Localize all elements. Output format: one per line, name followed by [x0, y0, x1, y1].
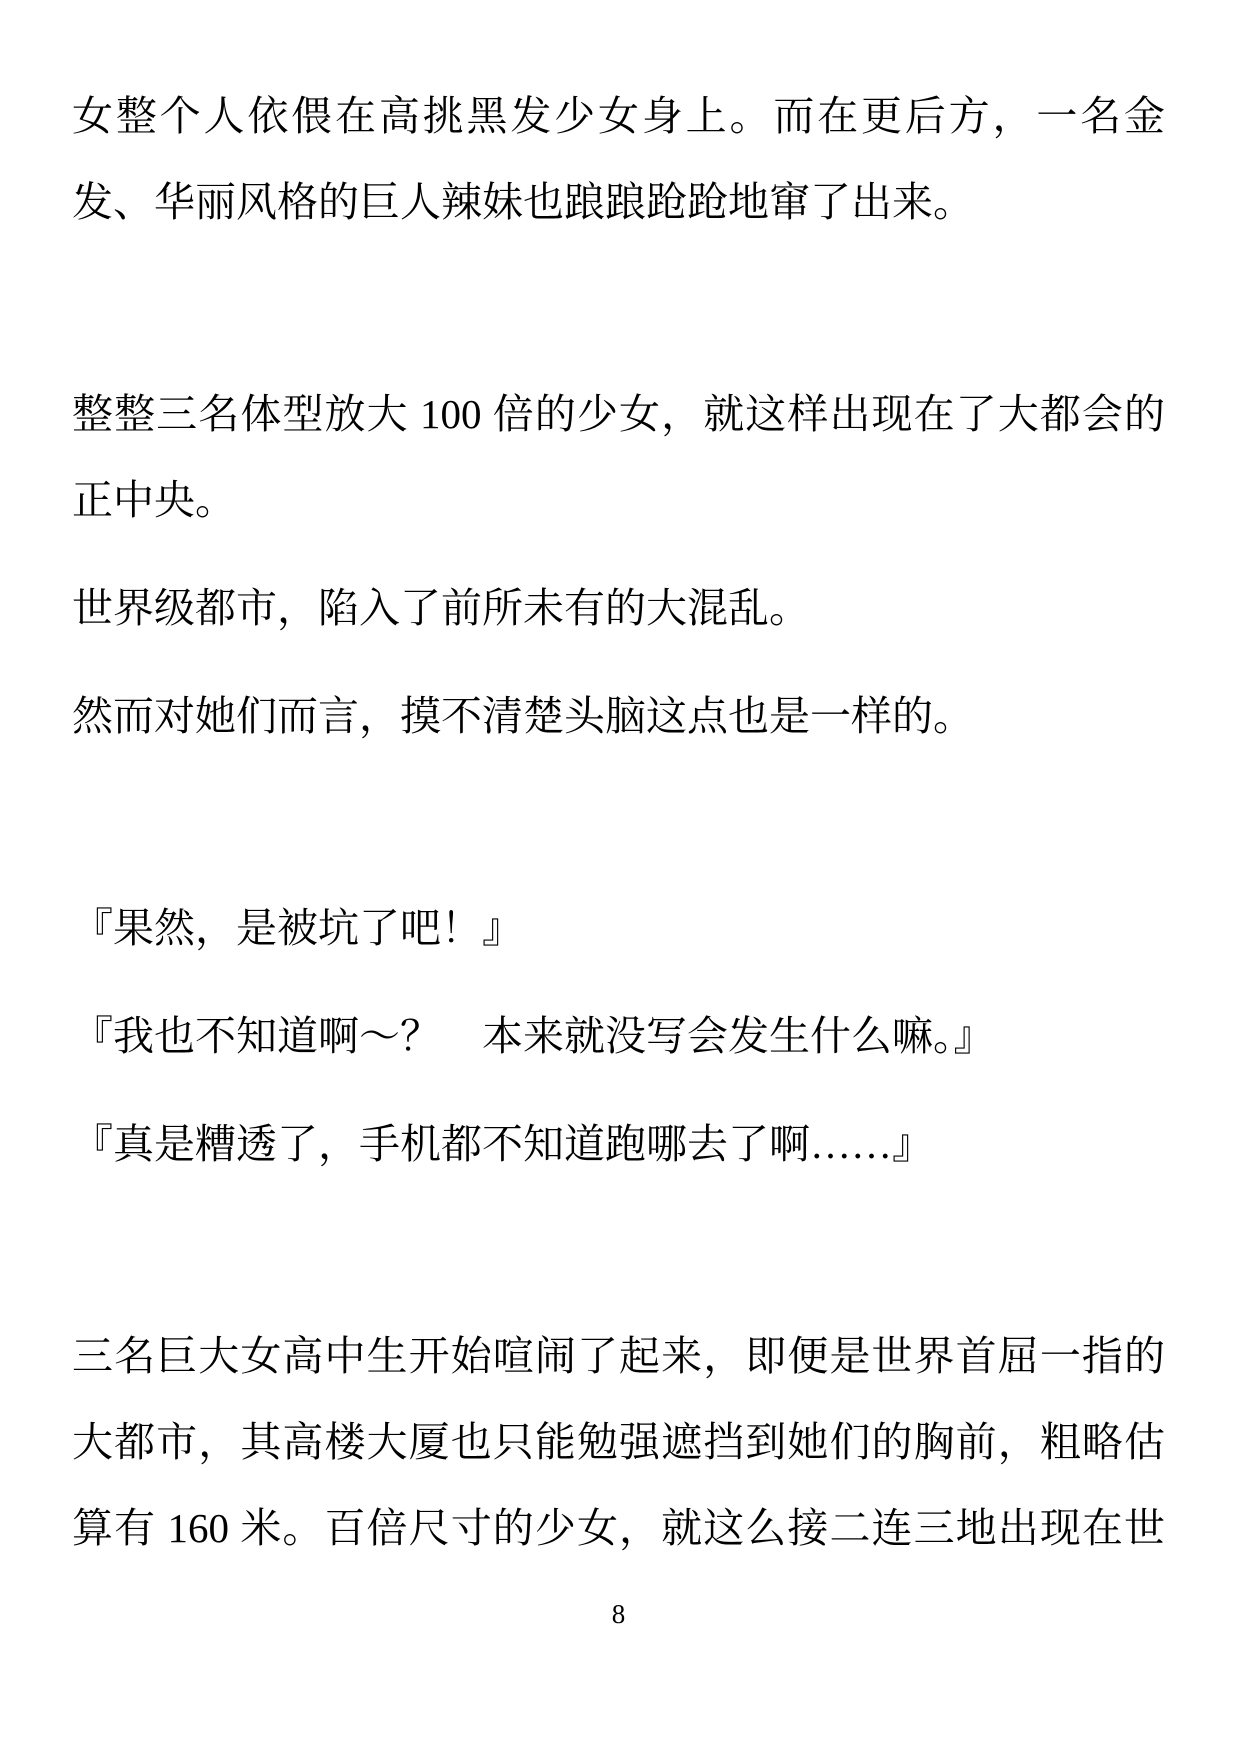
text-line: 发、华丽风格的巨人辣妹也踉踉跄跄地窜了出来。 — [72, 159, 1165, 245]
text-line: 女整个人依偎在高挑黑发少女身上。而在更后方，一名金 — [72, 73, 1165, 159]
paragraph-5-dialogue: 『果然，是被坑了吧！』 — [72, 885, 1165, 971]
paragraph-4: 然而对她们而言，摸不清楚头脑这点也是一样的。 — [72, 673, 1165, 759]
document-page: 女整个人依偎在高挑黑发少女身上。而在更后方，一名金 发、华丽风格的巨人辣妹也踉踉… — [0, 0, 1241, 1755]
text-line: 大都市，其高楼大厦也只能勉强遮挡到她们的胸前，粗略估 — [72, 1399, 1165, 1485]
text-line: 然而对她们而言，摸不清楚头脑这点也是一样的。 — [72, 673, 1165, 759]
text-line: 『真是糟透了，手机都不知道跑哪去了啊……』 — [72, 1101, 1165, 1187]
text-line: 正中央。 — [72, 457, 1165, 543]
text-line: 三名巨大女高中生开始喧闹了起来，即便是世界首屈一指的 — [72, 1313, 1165, 1399]
paragraph-8: 三名巨大女高中生开始喧闹了起来，即便是世界首屈一指的 大都市，其高楼大厦也只能勉… — [72, 1313, 1165, 1571]
text-line: 『果然，是被坑了吧！』 — [72, 885, 1165, 971]
paragraph-1: 女整个人依偎在高挑黑发少女身上。而在更后方，一名金 发、华丽风格的巨人辣妹也踉踉… — [72, 73, 1165, 245]
text-line: 算有 160 米。百倍尺寸的少女，就这么接二连三地出现在世 — [72, 1485, 1165, 1571]
text-line: 整整三名体型放大 100 倍的少女，就这样出现在了大都会的 — [72, 371, 1165, 457]
paragraph-6-dialogue: 『我也不知道啊～？ 本来就没写会发生什么嘛。』 — [72, 993, 1165, 1079]
paragraph-2: 整整三名体型放大 100 倍的少女，就这样出现在了大都会的 正中央。 — [72, 371, 1165, 543]
paragraph-3: 世界级都市，陷入了前所未有的大混乱。 — [72, 565, 1165, 651]
page-number: 8 — [72, 1597, 1165, 1631]
paragraph-7-dialogue: 『真是糟透了，手机都不知道跑哪去了啊……』 — [72, 1101, 1165, 1187]
text-line: 世界级都市，陷入了前所未有的大混乱。 — [72, 565, 1165, 651]
text-line: 『我也不知道啊～？ 本来就没写会发生什么嘛。』 — [72, 993, 1165, 1079]
